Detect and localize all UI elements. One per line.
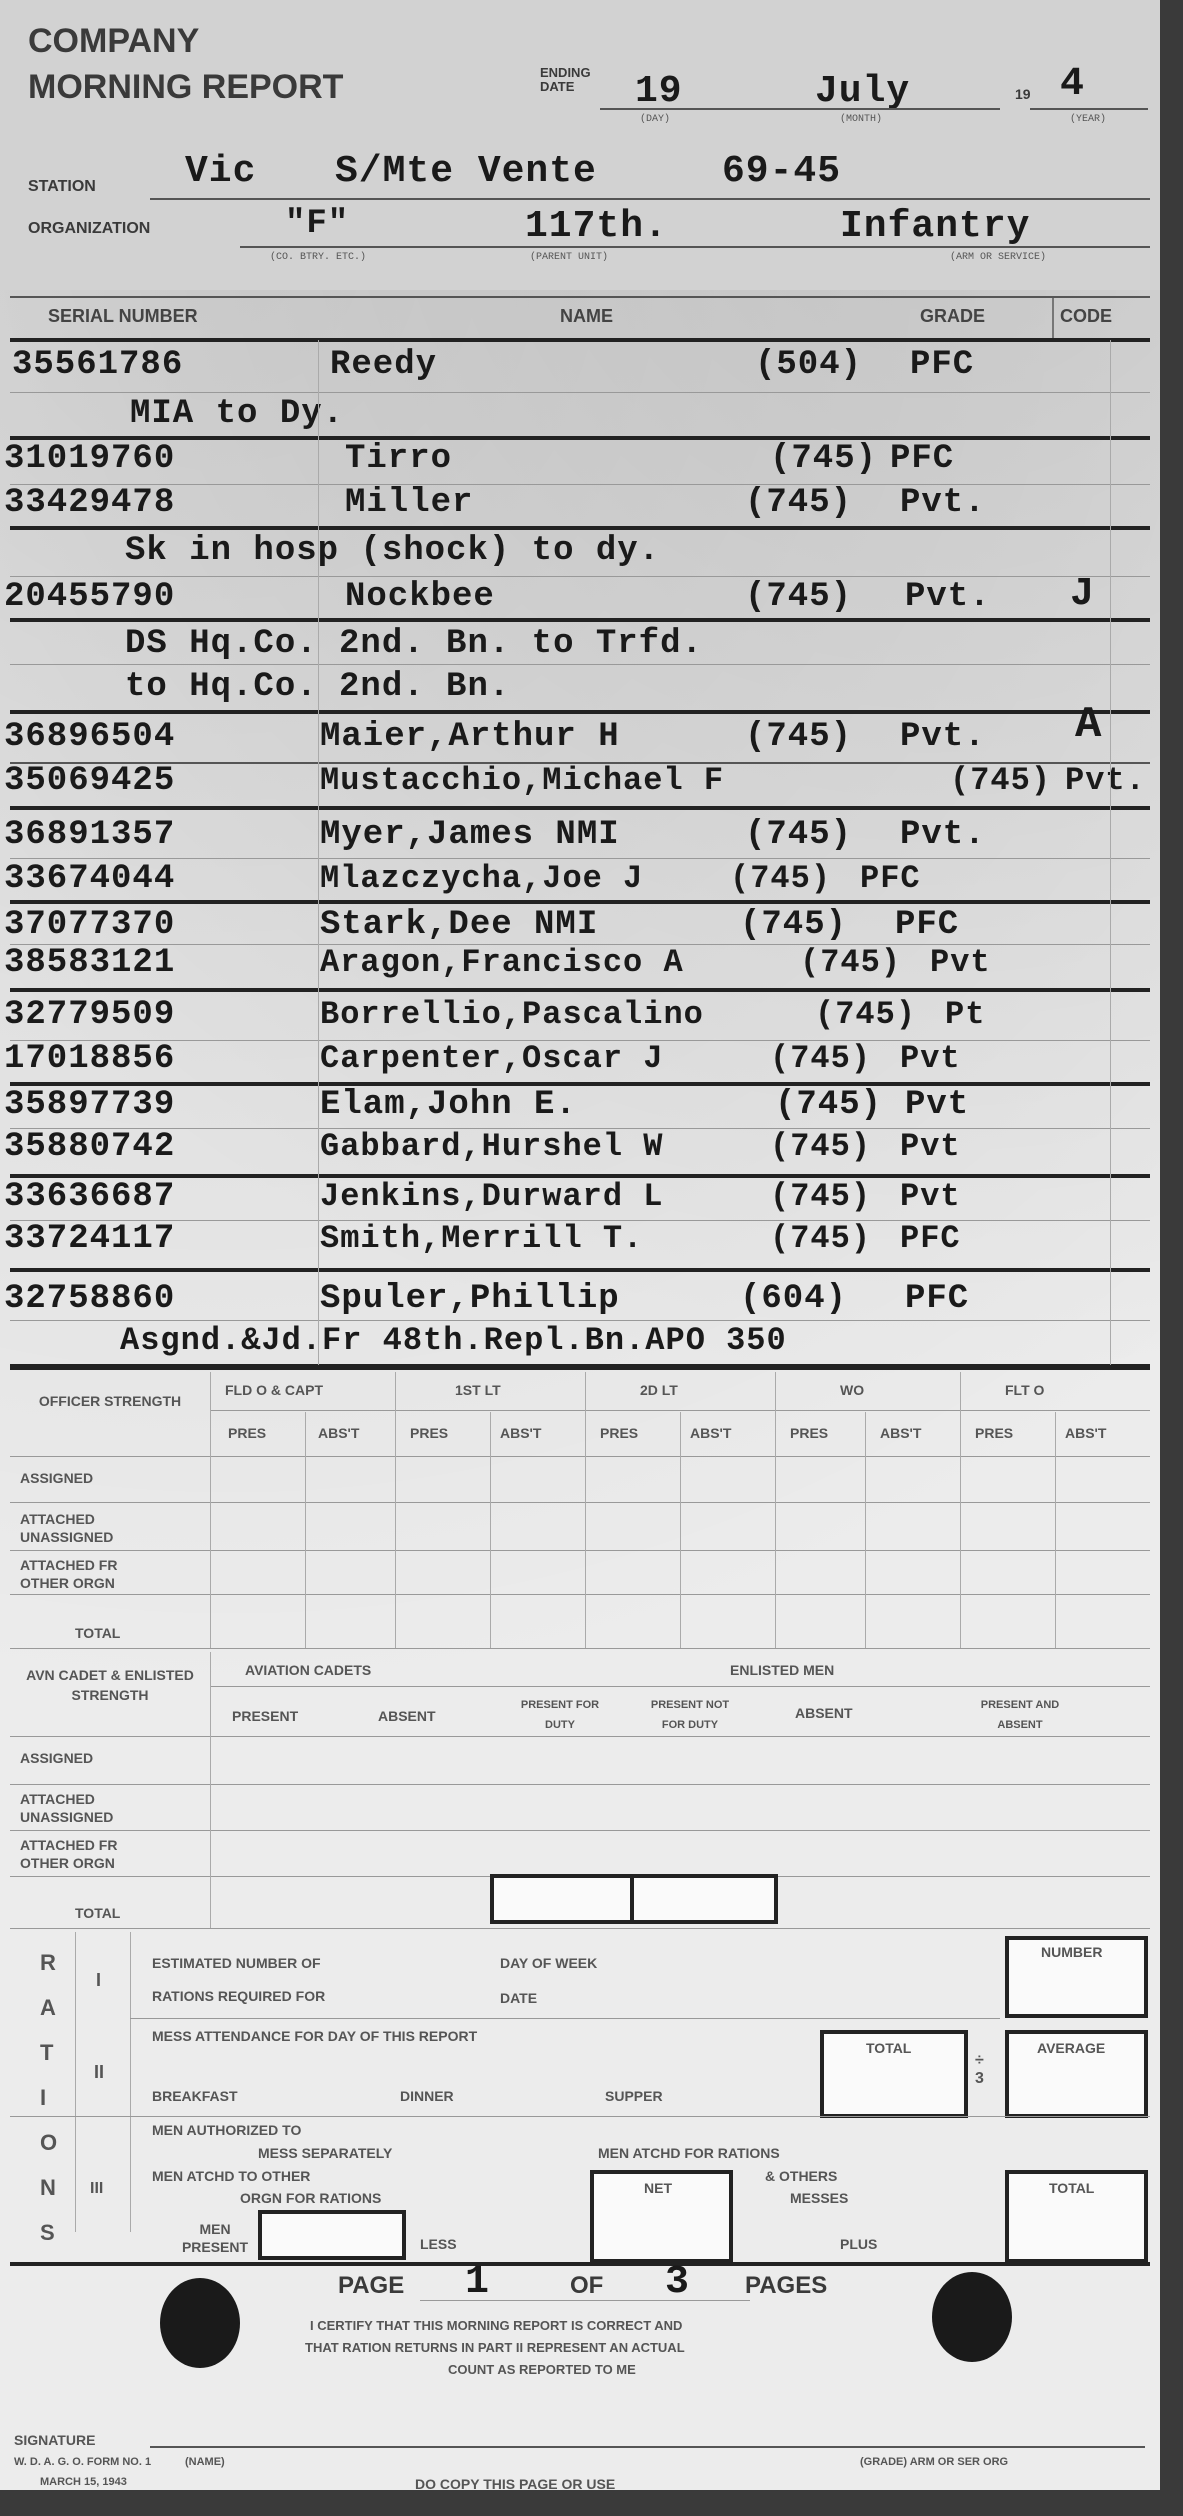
rations-section3-number: III: [90, 2180, 103, 2198]
entry-serial: 35069425: [4, 762, 175, 800]
entry-grade: Pvt: [930, 944, 991, 981]
morning-report-page: COMPANY MORNING REPORT ENDING DATE 19 (D…: [0, 0, 1178, 2490]
breakfast-label: BREAKFAST: [152, 2088, 238, 2104]
entry-code: J: [1070, 572, 1095, 617]
enlisted-col-pres-abs: PRESENT AND ABSENT: [960, 1695, 1080, 1735]
enlisted-col-present: PRESENT: [232, 1708, 298, 1724]
officer-row-attached-other: ATTACHED FR OTHER ORGN: [20, 1556, 130, 1592]
rations-section2-number: II: [94, 2062, 104, 2083]
officer-strength-label: OFFICER STRENGTH: [30, 1392, 190, 1410]
men-present-label: MEN PRESENT: [175, 2220, 255, 2256]
entry-grade: Pvt.: [1065, 762, 1146, 799]
entry-name: Elam,John E.: [320, 1086, 577, 1124]
certify-line2: THAT RATION RETURNS IN PART II REPRESENT…: [305, 2340, 685, 2355]
net-label: NET: [644, 2180, 672, 2196]
rations-total-box: TOTAL: [1005, 2170, 1148, 2263]
number-box: NUMBER: [1005, 1936, 1148, 2018]
entry-mos: (745): [770, 1178, 871, 1215]
entry-mos: (745): [815, 996, 916, 1033]
binder-hole-right: [932, 2272, 1012, 2362]
others-label: & OTHERS: [765, 2168, 837, 2184]
entry-grade: PFC: [895, 906, 959, 944]
officer-sub-pres: PRES: [410, 1425, 448, 1441]
entry-mos: (745): [745, 718, 852, 756]
entry-serial: 17018856: [4, 1040, 175, 1078]
of-label: OF: [570, 2272, 603, 2300]
entry-serial: 35897739: [4, 1086, 175, 1124]
report-year: 4: [1060, 62, 1085, 107]
col-name-header: NAME: [560, 306, 613, 327]
plus-label: PLUS: [840, 2236, 877, 2252]
enlisted-col-absent-em: ABSENT: [795, 1705, 853, 1721]
page-total: 3: [665, 2260, 690, 2305]
entry-mos: (504): [755, 346, 862, 384]
officer-group-flto: FLT O: [1005, 1382, 1044, 1398]
enlisted-row-attached-unassigned: ATTACHED UNASSIGNED: [20, 1790, 130, 1826]
page-number: 1: [465, 2260, 490, 2305]
messes-label: MESSES: [790, 2190, 848, 2206]
signature-line: [150, 2446, 1145, 2448]
organization-label: ORGANIZATION: [28, 220, 150, 238]
col-code-header: CODE: [1060, 306, 1112, 327]
col-serial-header: SERIAL NUMBER: [48, 306, 198, 327]
entry-grade: Pt: [945, 996, 985, 1033]
org-regiment: 117th.: [525, 205, 668, 248]
entry-mos: (745): [740, 906, 847, 944]
report-day: 19: [635, 70, 683, 113]
org-company-caption: (CO. BTRY. ETC.): [270, 252, 366, 263]
officer-sub-pres: PRES: [975, 1425, 1013, 1441]
mess-total-label: TOTAL: [866, 2040, 911, 2056]
entry-name: Nockbee: [345, 578, 495, 616]
entry-name: Mustacchio,Michael F: [320, 762, 724, 799]
entry-name: Smith,Merrill T.: [320, 1220, 643, 1257]
entry-grade: Pvt.: [905, 578, 991, 616]
officer-sub-abst: ABS'T: [1065, 1425, 1106, 1441]
entry-name: Jenkins,Durward L: [320, 1178, 663, 1215]
officer-group-2lt: 2D LT: [640, 1382, 678, 1398]
number-box-label: NUMBER: [1041, 1944, 1102, 1960]
men-authorized-label: MEN AUTHORIZED TO: [152, 2122, 301, 2138]
station-label: STATION: [28, 178, 96, 196]
men-atchd-other-label: MEN ATCHD TO OTHER: [152, 2168, 310, 2184]
entry-mos: (745): [745, 578, 852, 616]
entry-name: Borrellio,Pascalino: [320, 996, 704, 1033]
officer-sub-abst: ABS'T: [500, 1425, 541, 1441]
mess-total-box: TOTAL: [820, 2030, 968, 2118]
entry-name: Carpenter,Oscar J: [320, 1040, 663, 1077]
men-present-box: [258, 2210, 406, 2260]
rank-caption: (GRADE) ARM OR SER ORG: [860, 2456, 1008, 2468]
page-label: PAGE: [338, 2272, 404, 2300]
enlisted-row-total: TOTAL: [75, 1905, 120, 1921]
officer-group-fld: FLD O & CAPT: [225, 1382, 323, 1398]
entry-serial: 31019760: [4, 440, 175, 478]
ending-date-label: ENDING DATE: [540, 66, 610, 94]
orgn-for-rations-label: ORGN FOR RATIONS: [240, 2190, 381, 2206]
org-regiment-caption: (PARENT UNIT): [530, 252, 608, 263]
entry-mos: (745): [775, 1086, 882, 1124]
officer-row-assigned: ASSIGNED: [20, 1470, 93, 1486]
rations-estimated-label: ESTIMATED NUMBER OF: [152, 1955, 321, 1971]
aviation-cadets-label: AVIATION CADETS: [245, 1662, 371, 1678]
enlisted-row-attached-other: ATTACHED FR OTHER ORGN: [20, 1836, 130, 1872]
entry-grade: PFC: [900, 1220, 961, 1257]
org-arm: Infantry: [840, 205, 1030, 248]
mess-separately-label: MESS SEPARATELY: [258, 2145, 392, 2161]
month-caption: (MONTH): [840, 114, 882, 125]
entry-serial: 33636687: [4, 1178, 175, 1216]
enlisted-col-pnfd: PRESENT NOT FOR DUTY: [640, 1695, 740, 1735]
dinner-label: DINNER: [400, 2088, 454, 2104]
officer-sub-pres: PRES: [600, 1425, 638, 1441]
officer-row-total: TOTAL: [75, 1625, 120, 1641]
title-line1: COMPANY: [28, 22, 199, 61]
entry-serial: 32779509: [4, 996, 175, 1034]
station-part2: S/Mte Vente: [335, 150, 597, 193]
warning-text: DO COPY THIS PAGE OR USE: [415, 2476, 615, 2492]
entry-serial: 33674044: [4, 860, 175, 898]
entry-name: Stark,Dee NMI: [320, 906, 598, 944]
pages-label: PAGES: [745, 2272, 827, 2300]
entry-note: MIA to Dy.: [130, 395, 344, 433]
entry-grade: Pvt: [900, 1178, 961, 1215]
entry-grade: PFC: [905, 1280, 969, 1318]
rations-required-label: RATIONS REQUIRED FOR: [152, 1988, 325, 2004]
entry-note: Sk in hosp (shock) to dy.: [125, 532, 660, 570]
form-id-1: W. D. A. G. O. FORM NO. 1: [14, 2456, 151, 2468]
entry-serial: 32758860: [4, 1280, 175, 1318]
men-atchd-for-rations-label: MEN ATCHD FOR RATIONS: [598, 2145, 780, 2161]
supper-label: SUPPER: [605, 2088, 663, 2104]
entry-name: Aragon,Francisco A: [320, 944, 684, 981]
entry-mos: (745): [770, 1040, 871, 1077]
entry-name: Maier,Arthur H: [320, 718, 620, 756]
officer-sub-pres: PRES: [790, 1425, 828, 1441]
total-box-1: [490, 1874, 638, 1924]
entry-serial: 37077370: [4, 906, 175, 944]
entry-name: Miller: [345, 484, 473, 522]
title-line2: MORNING REPORT: [28, 68, 343, 107]
entry-serial: 35880742: [4, 1128, 175, 1166]
entry-mos: (745): [770, 1128, 871, 1165]
entry-serial: 38583121: [4, 944, 175, 982]
entry-serial: 33724117: [4, 1220, 175, 1258]
rations-total-label: TOTAL: [1049, 2180, 1094, 2196]
officer-sub-abst: ABS'T: [318, 1425, 359, 1441]
officer-sub-abst: ABS'T: [880, 1425, 921, 1441]
year-prefix: 19: [1015, 86, 1031, 102]
total-box-2: [630, 1874, 778, 1924]
entry-serial: 33429478: [4, 484, 175, 522]
entry-name: Tirro: [345, 440, 452, 478]
entry-mos: (745): [730, 860, 831, 897]
year-caption: (YEAR): [1070, 114, 1106, 125]
entry-name: Reedy: [330, 346, 437, 384]
org-company: "F": [285, 205, 349, 243]
divide-by-three: ÷ 3: [975, 2052, 989, 2088]
signature-label: SIGNATURE: [14, 2432, 95, 2448]
entry-note: DS Hq.Co. 2nd. Bn. to Trfd.: [125, 625, 703, 663]
entry-name: Spuler,Phillip: [320, 1280, 620, 1318]
entry-grade: Pvt: [900, 1128, 961, 1165]
certify-line1: I CERTIFY THAT THIS MORNING REPORT IS CO…: [310, 2318, 682, 2333]
entry-mos: (745): [745, 816, 852, 854]
average-box: AVERAGE: [1005, 2030, 1148, 2118]
station-part3: 69-45: [722, 150, 841, 193]
officer-group-wo: WO: [840, 1382, 864, 1398]
entry-mos: (745): [745, 484, 852, 522]
entry-grade: Pvt.: [900, 718, 986, 756]
date-label: DATE: [500, 1990, 537, 2006]
less-label: LESS: [420, 2236, 457, 2252]
report-month: July: [815, 70, 910, 113]
entry-grade: Pvt.: [900, 484, 986, 522]
entry-serial: 36896504: [4, 718, 175, 756]
entry-name: Gabbard,Hurshel W: [320, 1128, 663, 1165]
day-caption: (DAY): [640, 114, 670, 125]
net-box: NET: [590, 2170, 733, 2263]
entry-name: Mlazczycha,Joe J: [320, 860, 643, 897]
entry-note: Asgnd.&Jd.Fr 48th.Repl.Bn.APO 350: [120, 1322, 787, 1359]
enlisted-strength-label: AVN CADET & ENLISTED STRENGTH: [25, 1665, 195, 1705]
entry-name: Myer,James NMI: [320, 816, 620, 854]
certify-line3: COUNT AS REPORTED TO ME: [448, 2362, 636, 2377]
entry-grade: PFC: [860, 860, 921, 897]
average-label: AVERAGE: [1037, 2040, 1105, 2056]
org-arm-caption: (ARM OR SERVICE): [950, 252, 1046, 263]
enlisted-col-pfd: PRESENT FOR DUTY: [510, 1695, 610, 1735]
col-grade-header: GRADE: [920, 306, 985, 327]
entry-grade: Pvt: [905, 1086, 969, 1124]
officer-row-attached-unassigned: ATTACHED UNASSIGNED: [20, 1510, 130, 1546]
binder-hole-left: [160, 2278, 240, 2368]
entry-mos: (745): [770, 440, 877, 478]
form-id-2: MARCH 15, 1943: [40, 2476, 127, 2488]
entry-grade: PFC: [910, 346, 974, 384]
entry-serial: 36891357: [4, 816, 175, 854]
entry-grade: Pvt.: [900, 816, 986, 854]
entry-mos: (604): [740, 1280, 847, 1318]
entry-serial: 35561786: [12, 346, 183, 384]
entry-mos: (745): [800, 944, 901, 981]
day-of-week-label: DAY OF WEEK: [500, 1955, 597, 1971]
enlisted-col-absent: ABSENT: [378, 1708, 436, 1724]
name-caption: (NAME): [185, 2456, 225, 2468]
entry-serial: 20455790: [4, 578, 175, 616]
entry-grade: PFC: [890, 440, 954, 478]
rations-section1-number: I: [96, 1970, 101, 1991]
officer-group-1lt: 1ST LT: [455, 1382, 501, 1398]
entry-mos: (745): [770, 1220, 871, 1257]
entry-mos: (745): [950, 762, 1051, 799]
officer-sub-abst: ABS'T: [690, 1425, 731, 1441]
enlisted-row-assigned: ASSIGNED: [20, 1750, 93, 1766]
station-part1: Vic: [185, 150, 256, 193]
officer-sub-pres: PRES: [228, 1425, 266, 1441]
entry-grade: Pvt: [900, 1040, 961, 1077]
enlisted-men-label: ENLISTED MEN: [730, 1662, 834, 1678]
mess-attendance-label: MESS ATTENDANCE FOR DAY OF THIS REPORT: [152, 2028, 477, 2044]
rations-side-label: RATIONS: [40, 1940, 60, 2255]
entry-code: A: [1075, 700, 1102, 750]
